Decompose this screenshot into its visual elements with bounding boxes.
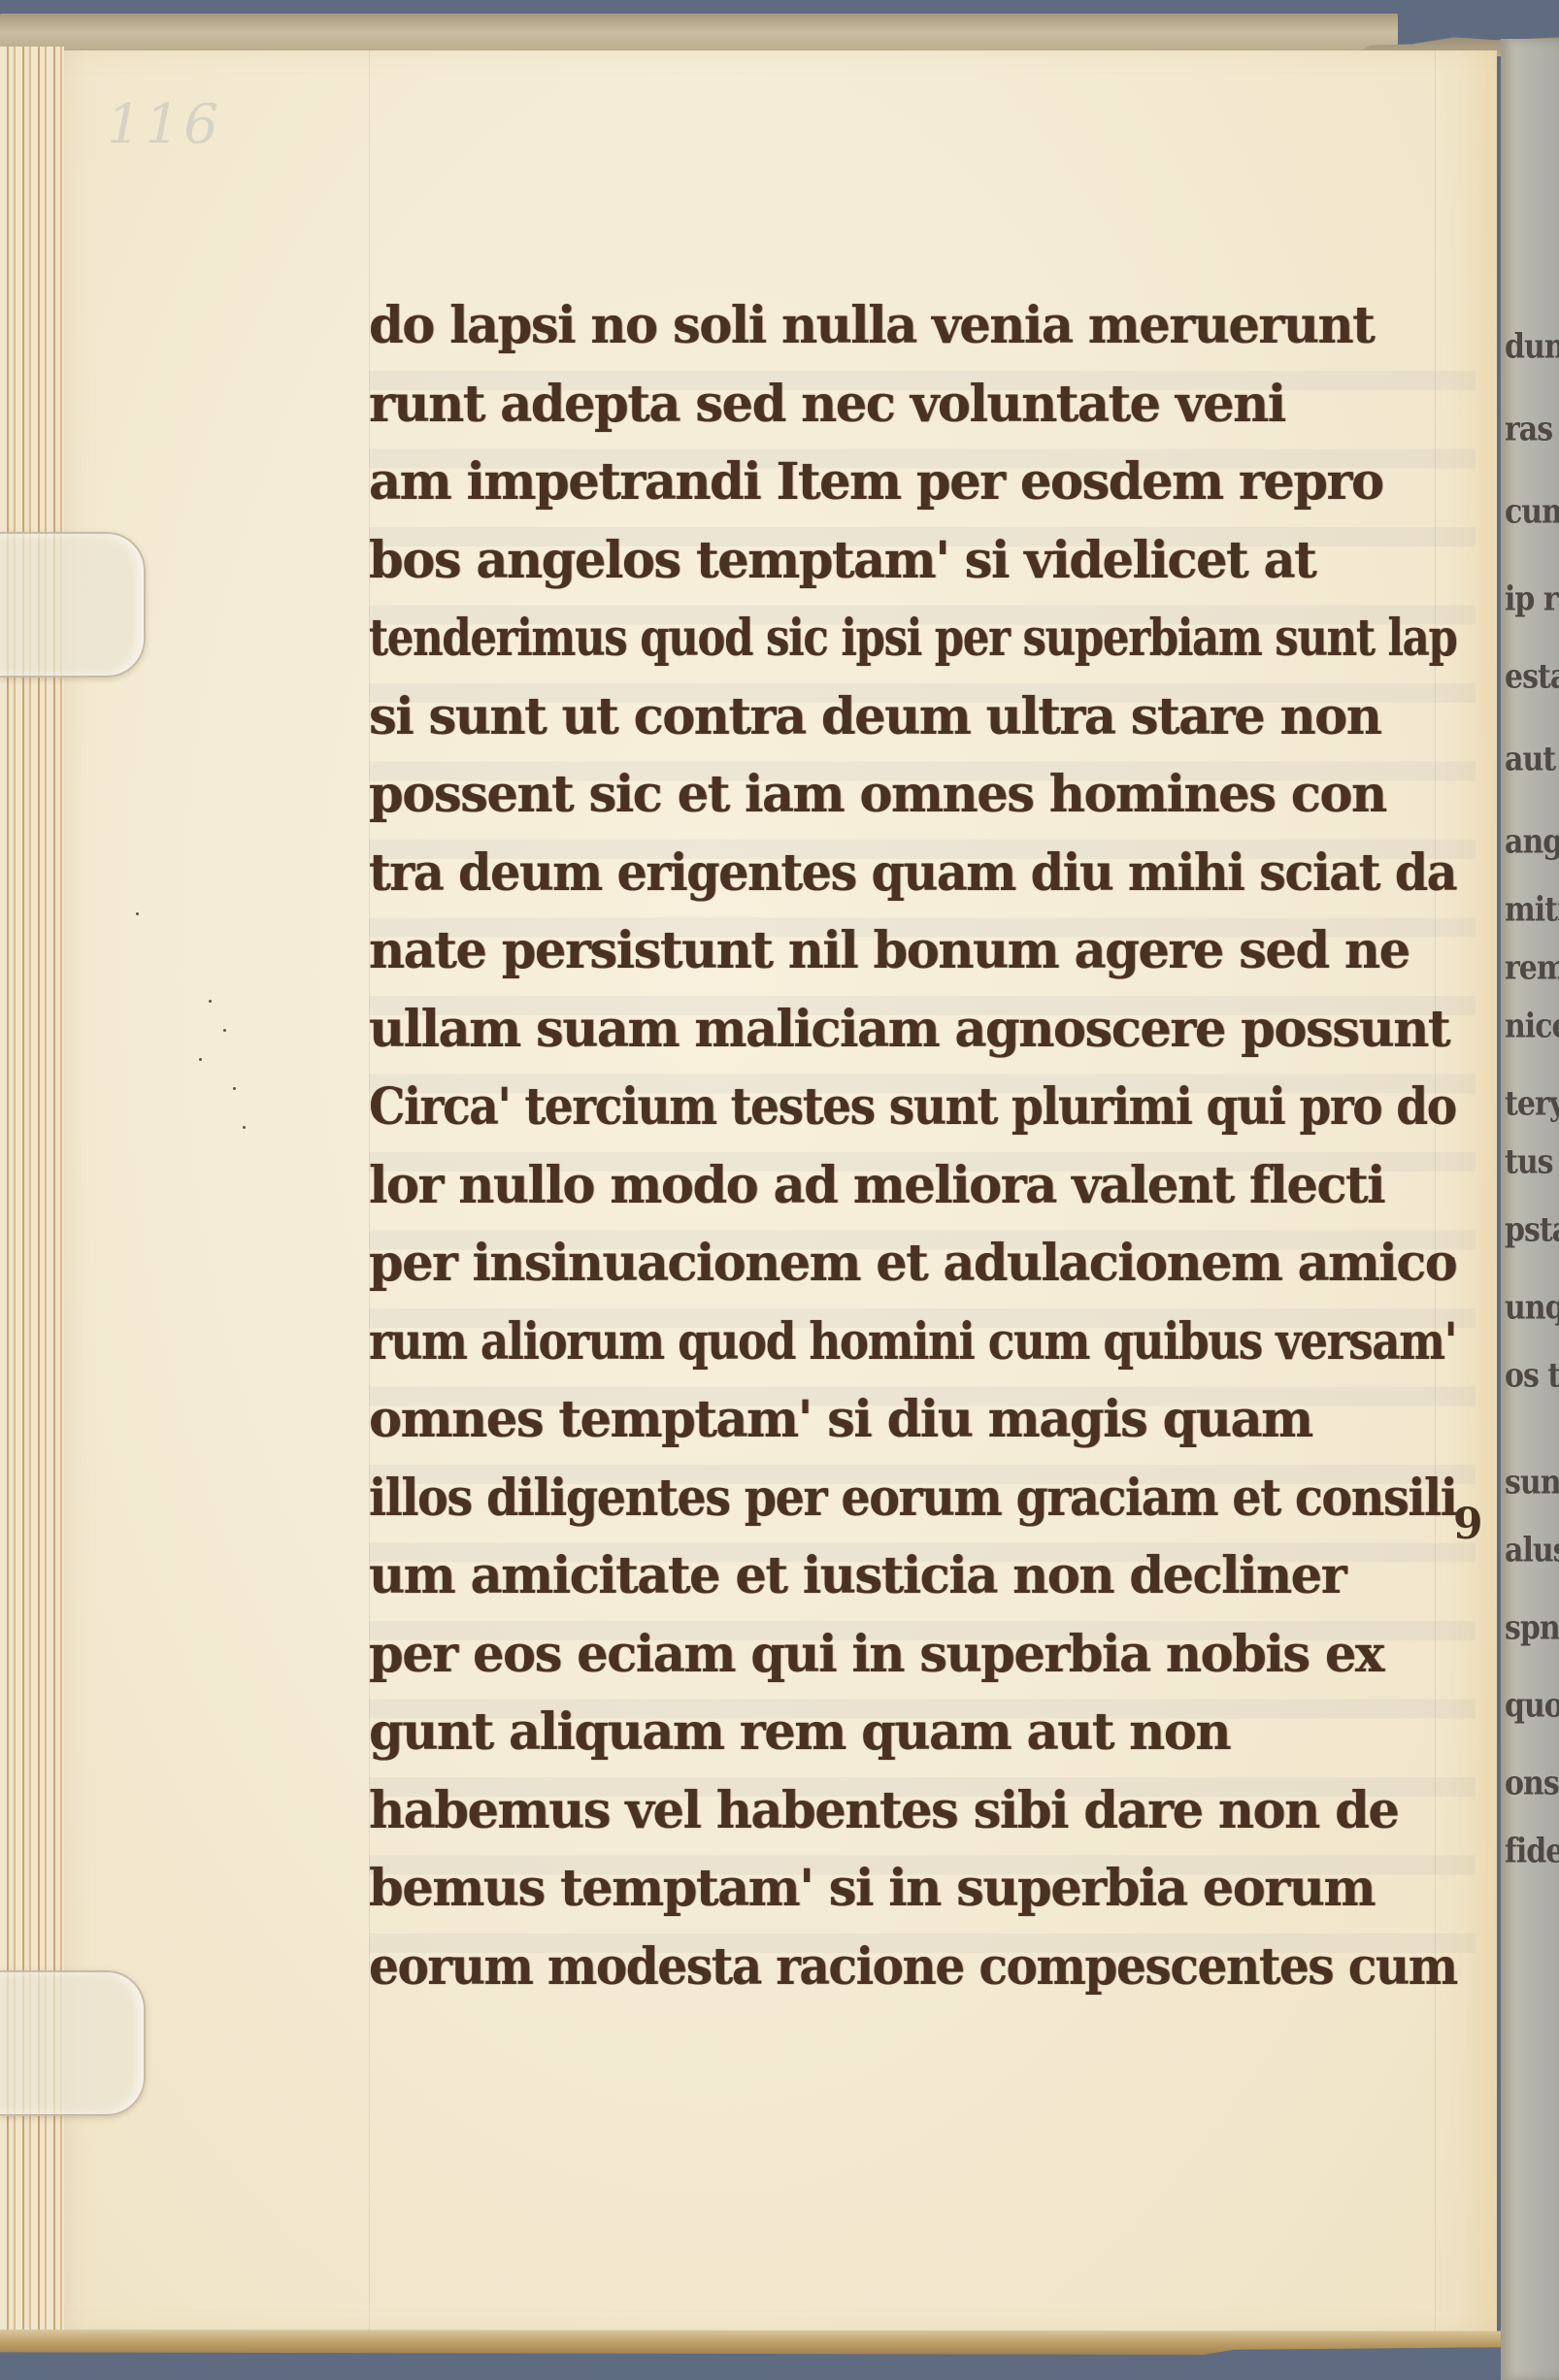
- facing-text-fragment: unqua t: [1505, 1288, 1559, 1327]
- text-line-22: eorum modesta racione compescentes cum: [369, 1929, 1402, 2007]
- facing-text-fragment: alus orre: [1505, 1531, 1559, 1570]
- facing-text-fragment: ip ra: [1505, 579, 1559, 618]
- facing-text-fragment: aut ea: [1505, 740, 1559, 778]
- facing-text-fragment: rem: [1505, 948, 1559, 987]
- text-line-3: am impetrandi Item per eosdem repro: [369, 444, 1455, 522]
- facing-text-fragment: sunal: [1505, 1463, 1559, 1502]
- pencil-dot: [233, 1087, 236, 1090]
- facing-text-fragment: spnics: [1505, 1608, 1559, 1647]
- text-line-20: habemus vel habentes sibi dare non de: [369, 1772, 1455, 1851]
- pencil-dot: [136, 912, 139, 915]
- folio-number: 116: [107, 93, 222, 156]
- text-line-11: Circa' tercium testes sunt plurimi qui p…: [369, 1069, 1370, 1147]
- facing-leaf-edge: dum ras a cum a ip ra esta aut ea angia …: [1501, 39, 1559, 2380]
- text-line-18: per eos eciam qui in superbia nobis ex: [369, 1616, 1455, 1695]
- text-line-12: lor nullo modo ad meliora valent flecti: [369, 1147, 1455, 1226]
- manuscript-text-block: do lapsi no soli nulla venia meruerunt r…: [369, 287, 1476, 2006]
- text-line-2: runt adepta sed nec voluntate veni: [369, 366, 1455, 445]
- bottom-page-edge: [0, 2330, 1505, 2355]
- text-line-14: rum aliorum quod homini cum quibus versa…: [369, 1304, 1330, 1382]
- marginal-mark-apostrophe: ': [1448, 1252, 1457, 1286]
- facing-text-fragment: tus la: [1505, 1142, 1559, 1181]
- text-line-16: illos diligentes per eorum graciam et co…: [369, 1460, 1380, 1538]
- text-line-10: ullam suam maliciam agnoscere possunt: [369, 991, 1455, 1070]
- text-line-7: possent sic et iam omnes homines con: [369, 756, 1455, 835]
- facing-text-fragment: ons ug: [1505, 1764, 1559, 1802]
- pencil-dot: [209, 1000, 212, 1003]
- facing-text-fragment: esta: [1505, 657, 1559, 696]
- facing-text-fragment: fidem e: [1505, 1832, 1559, 1870]
- pencil-dot: [199, 1058, 202, 1061]
- text-line-17: um amicitate et iusticia non decliner: [369, 1537, 1455, 1616]
- page-clip-tab-top[interactable]: [0, 532, 146, 678]
- facing-text-fragment: nices: [1505, 1007, 1559, 1045]
- text-line-15: omnes temptam' si diu magis quam: [369, 1381, 1455, 1460]
- marginal-mark-con: 9: [1453, 1500, 1483, 1549]
- facing-text-fragment: quod di: [1505, 1686, 1559, 1725]
- facing-text-fragment: os tew: [1505, 1356, 1559, 1395]
- text-line-9: nate persistunt nil bonum agere sed ne: [369, 912, 1455, 991]
- facing-text-fragment: mitis l: [1505, 890, 1559, 929]
- facing-text-fragment: dum: [1505, 327, 1559, 366]
- text-line-6: si sunt ut contra deum ultra stare non: [369, 678, 1455, 757]
- facing-text-fragment: angia: [1505, 822, 1559, 861]
- facing-text-fragment: teryu: [1505, 1084, 1559, 1123]
- text-line-8: tra deum erigentes quam diu mihi sciat d…: [369, 835, 1415, 913]
- text-line-4: bos angelos temptam' si videlicet at: [369, 522, 1455, 601]
- pencil-dot: [243, 1126, 246, 1129]
- text-line-1: do lapsi no soli nulla venia meruerunt: [369, 287, 1455, 366]
- pencil-dot: [223, 1029, 226, 1032]
- text-line-21: bemus temptam' si in superbia eorum: [369, 1850, 1455, 1929]
- text-line-19: gunt aliquam rem quam aut non: [369, 1694, 1455, 1772]
- page-clip-tab-bottom[interactable]: [0, 1970, 146, 2116]
- facing-text-fragment: cum a: [1505, 492, 1559, 531]
- facing-text-fragment: ras a: [1505, 410, 1559, 448]
- text-line-13: per insinuacionem et adulacionem amico: [369, 1225, 1451, 1304]
- facing-text-fragment: pstate: [1505, 1210, 1559, 1249]
- text-line-5: tenderimus quod sic ipsi per superbiam s…: [369, 600, 1291, 678]
